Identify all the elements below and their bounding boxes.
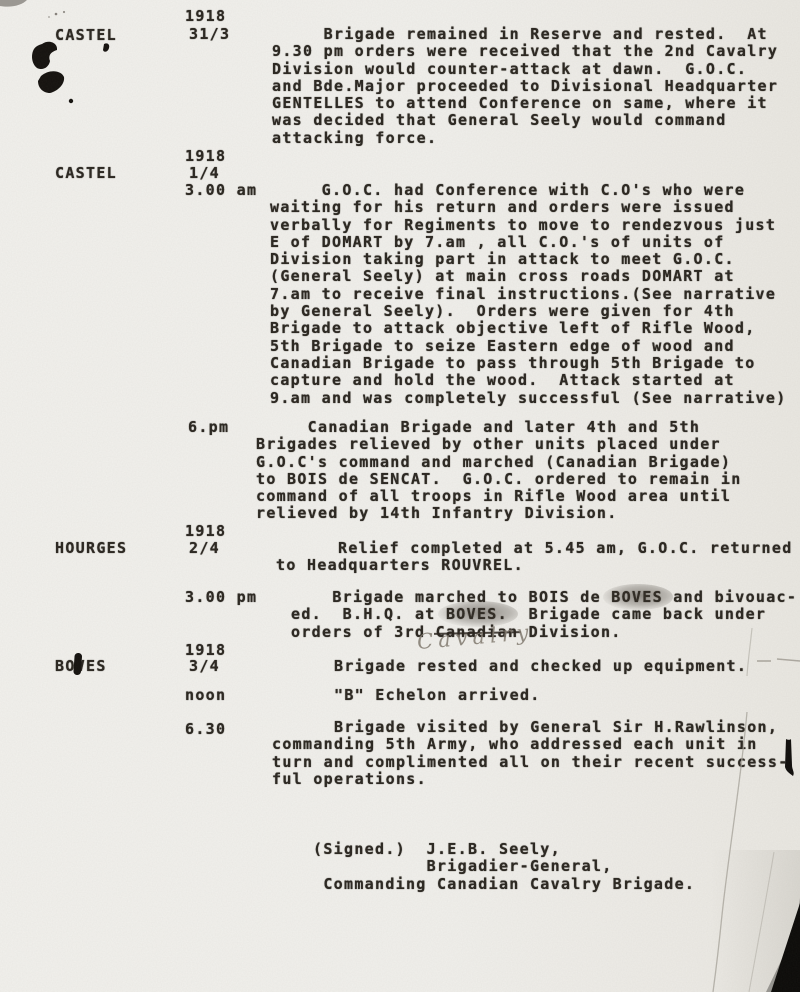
body-text: Brigade came back under — [508, 605, 766, 623]
entry-body: G.O.C. had Conference with C.O's who wer… — [270, 182, 787, 407]
smudged-text: BOVES — [611, 589, 663, 606]
time-label: 3.00 am — [185, 182, 257, 199]
entry-body: Relief completed at 5.45 am, G.O.C. retu… — [276, 540, 793, 575]
pencil-dash — [777, 659, 800, 661]
smudged-text: BOVES. — [446, 606, 508, 623]
time-label: noon — [185, 687, 226, 704]
entry-body: Brigade remained in Reserve and rested. … — [272, 26, 778, 147]
ink-blot — [38, 71, 64, 93]
crease-line — [747, 628, 752, 676]
place-label: CASTEL — [55, 27, 117, 44]
corner-smudge — [0, 0, 27, 7]
date-label: 3/4 — [189, 658, 220, 675]
time-label: 3.00 pm — [185, 589, 257, 606]
ink-mark — [103, 43, 109, 51]
time-label: 6.pm — [188, 419, 229, 436]
entry-body: Canadian Brigade and later 4th and 5th B… — [256, 419, 742, 523]
body-text: Brigade marched to BOIS de — [291, 588, 611, 606]
year-label: 1918 — [185, 148, 226, 165]
year-label: 1918 — [185, 523, 226, 540]
place-label: HOURGES — [55, 540, 127, 557]
crease-line — [749, 852, 774, 992]
entry-body-line: Brigade marched to BOIS de BOVES and biv… — [291, 589, 797, 606]
time-label: 6.30 — [185, 721, 226, 738]
date-label: 31/3 — [189, 26, 230, 43]
signature-block: (Signed.) J.E.B. Seely, Brigadier-Genera… — [313, 841, 695, 893]
date-label: 1/4 — [189, 165, 220, 182]
year-label: 1918 — [185, 8, 226, 25]
diary-page: 1918 CASTEL 31/3 Brigade remained in Res… — [0, 0, 800, 992]
ink-dot — [69, 99, 73, 103]
body-text: ed. B.H.Q. at — [291, 605, 446, 623]
ink-blot — [32, 42, 57, 69]
speck — [48, 16, 50, 18]
scan-edge-wedge — [771, 903, 800, 992]
entry-body: Brigade visited by General Sir H.Rawlins… — [272, 719, 789, 788]
date-label: 2/4 — [189, 540, 220, 557]
place-label: BOVES — [55, 658, 107, 675]
scan-edge-soft — [766, 898, 800, 992]
pencil-annotation: Cavalry — [416, 624, 534, 651]
speck — [63, 11, 65, 13]
place-label: CASTEL — [55, 165, 117, 182]
entry-body: "B" Echelon arrived. — [272, 687, 541, 704]
scan-shadow-band — [710, 850, 800, 992]
body-text: and bivouac- — [663, 588, 797, 606]
body-text: orders of 3rd — [291, 623, 436, 641]
entry-body: Brigade rested and checked up equipment. — [272, 658, 747, 675]
speck — [55, 13, 58, 16]
